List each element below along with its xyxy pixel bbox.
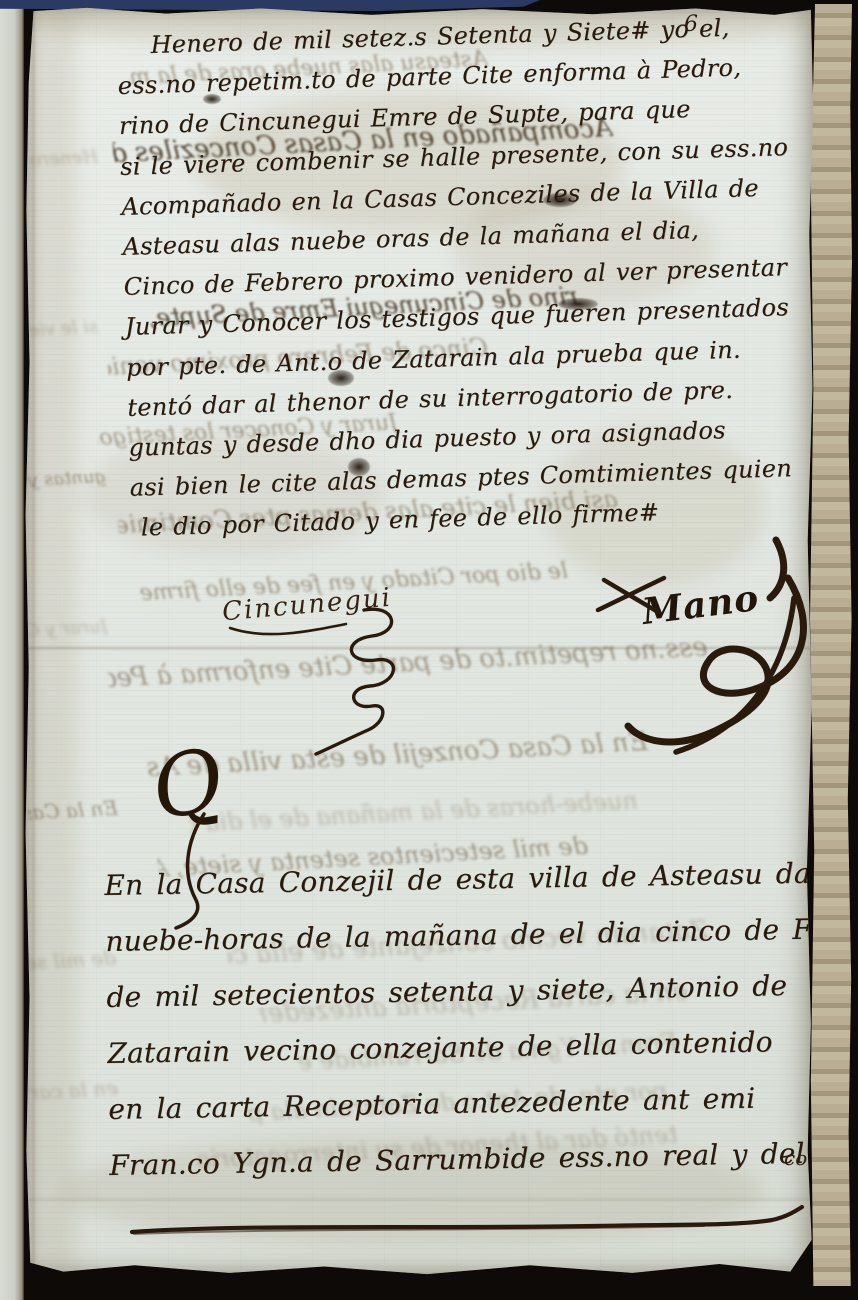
signature-flourish-right xyxy=(580,538,830,768)
bleedthrough-text: de mil setecientos setenta y siete, Anto… xyxy=(25,946,116,975)
margin-note: co xyxy=(784,1146,807,1170)
page-stack-edge xyxy=(810,4,852,1286)
bleedthrough-text: En la Casa Conzejil de esta villa de Ast… xyxy=(27,796,118,825)
superscript-numeral: 6 xyxy=(684,12,698,37)
bleedthrough-text: nuebe-horas de la mañana de el dia cinco… xyxy=(188,786,639,838)
manuscript-scan: Asteasu alas nuebe oras de la mañana el … xyxy=(0,0,858,1300)
manuscript-page: Asteasu alas nuebe oras de la mañana el … xyxy=(24,6,814,1278)
bleedthrough-text: guntas y desde dho dia puesto y ora asig… xyxy=(26,466,107,491)
bleedthrough-text: Henero de mil setez.s Setenta y Siete# y… xyxy=(27,146,98,171)
fold-crease xyxy=(24,1198,814,1201)
opening-entry: Henero de mil setez.s Setenta y Siete# y… xyxy=(116,6,815,549)
bleedthrough-text: si le viere combenir se halle presente, … xyxy=(27,316,98,341)
facing-page-edge xyxy=(0,0,24,1300)
rubric-flourish-left xyxy=(276,606,416,756)
diligence-entry: En la Casa Conzejil de esta villa de Ast… xyxy=(104,846,816,1194)
closing-rule xyxy=(124,1202,814,1242)
manuscript-line: Fran.co Ygn.a de Sarrumbide ess.no real … xyxy=(109,1126,816,1194)
fold-crease xyxy=(32,6,35,1278)
bleedthrough-text: en la carta Receptoria antezedente ant e… xyxy=(27,1076,118,1105)
bleedthrough-text: Jurar y Conocer los testigos que fueren … xyxy=(28,616,109,641)
